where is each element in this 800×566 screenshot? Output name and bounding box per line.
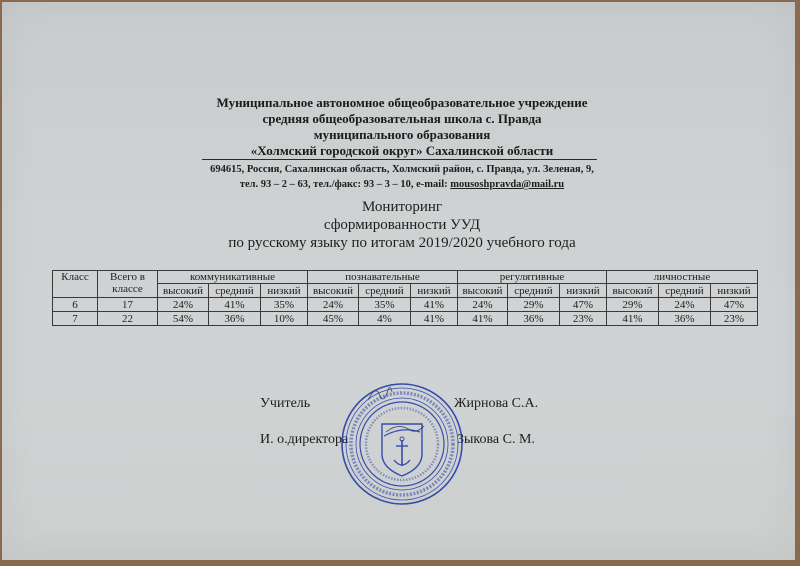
level-header-medium: средний (508, 284, 560, 298)
cell-percent: 24% (659, 298, 711, 312)
cell-percent: 41% (411, 298, 458, 312)
level-header-low: низкий (560, 284, 607, 298)
level-header-high: высокий (308, 284, 359, 298)
group-regulatory: регулятивные (458, 271, 607, 284)
levels-row: высокийсреднийнизкийвысокийсреднийнизкий… (53, 284, 758, 298)
cell-percent: 29% (607, 298, 659, 312)
title-line-2: сформированности УУД (2, 216, 800, 234)
cell-percent: 10% (261, 312, 308, 326)
cell-percent: 35% (261, 298, 308, 312)
director-role: И. о.директора (260, 432, 348, 448)
cell-percent: 54% (158, 312, 209, 326)
header-line-3: муниципального образования (2, 127, 800, 143)
level-header-low: низкий (411, 284, 458, 298)
cell-percent: 24% (158, 298, 209, 312)
level-header-medium: средний (359, 284, 411, 298)
header-divider (202, 159, 597, 160)
cell-percent: 36% (508, 312, 560, 326)
cell-total: 22 (98, 312, 158, 326)
school-address: 694615, Россия, Сахалинская область, Хол… (2, 162, 800, 192)
table-row: 72254%36%10%45%4%41%41%36%23%41%36%23% (53, 312, 758, 326)
cell-percent: 24% (308, 298, 359, 312)
cell-percent: 36% (209, 312, 261, 326)
contact-phones: тел. 93 – 2 – 63, тел./факс: 93 – 3 – 10… (240, 179, 450, 190)
director-name: Зыкова С. М. (457, 432, 535, 448)
level-header-medium: средний (659, 284, 711, 298)
cell-percent: 47% (711, 298, 758, 312)
official-stamp-icon (340, 382, 464, 506)
document-title: Мониторинг сформированности УУД по русск… (2, 198, 800, 252)
document-page: Муниципальное автономное общеобразовател… (2, 2, 795, 560)
title-line-1: Мониторинг (2, 198, 800, 216)
cell-percent: 36% (659, 312, 711, 326)
header-total-line-2: классе (98, 283, 157, 295)
level-header-medium: средний (209, 284, 261, 298)
level-header-high: высокий (158, 284, 209, 298)
teacher-role: Учитель (260, 396, 310, 412)
cell-percent: 41% (607, 312, 659, 326)
email-link[interactable]: mousoshpravda@mail.ru (450, 179, 564, 190)
level-header-low: низкий (711, 284, 758, 298)
cell-total: 17 (98, 298, 158, 312)
address-line-1: 694615, Россия, Сахалинская область, Хол… (2, 162, 800, 177)
cell-percent: 41% (209, 298, 261, 312)
cell-percent: 41% (458, 312, 508, 326)
header-class: Класс (53, 271, 98, 298)
level-header-high: высокий (458, 284, 508, 298)
header-total-line-1: Всего в (98, 271, 157, 283)
title-line-3: по русскому языку по итогам 2019/2020 уч… (2, 234, 800, 252)
cell-percent: 41% (411, 312, 458, 326)
table-row: 61724%41%35%24%35%41%24%29%47%29%24%47% (53, 298, 758, 312)
table-body: 61724%41%35%24%35%41%24%29%47%29%24%47%7… (53, 298, 758, 326)
header-line-2: средняя общеобразовательная школа с. Пра… (2, 111, 800, 127)
group-communicative: коммуникативные (158, 271, 308, 284)
group-personal: личностные (607, 271, 758, 284)
header-total: Всего вклассе (98, 271, 158, 298)
cell-percent: 23% (711, 312, 758, 326)
level-header-high: высокий (607, 284, 659, 298)
cell-class: 6 (53, 298, 98, 312)
cell-percent: 29% (508, 298, 560, 312)
cell-percent: 24% (458, 298, 508, 312)
cell-class: 7 (53, 312, 98, 326)
header-line-1: Муниципальное автономное общеобразовател… (2, 95, 800, 111)
address-line-2: тел. 93 – 2 – 63, тел./факс: 93 – 3 – 10… (2, 177, 800, 192)
school-header: Муниципальное автономное общеобразовател… (2, 95, 800, 159)
cell-percent: 45% (308, 312, 359, 326)
header-line-4: «Холмский городской округ» Сахалинской о… (2, 143, 800, 159)
cell-percent: 35% (359, 298, 411, 312)
group-cognitive: познавательные (308, 271, 458, 284)
cell-percent: 47% (560, 298, 607, 312)
monitoring-table: Класс Всего вклассе коммуникативные позн… (52, 270, 758, 326)
cell-percent: 4% (359, 312, 411, 326)
level-header-low: низкий (261, 284, 308, 298)
teacher-name: Жирнова С.А. (454, 396, 538, 412)
cell-percent: 23% (560, 312, 607, 326)
